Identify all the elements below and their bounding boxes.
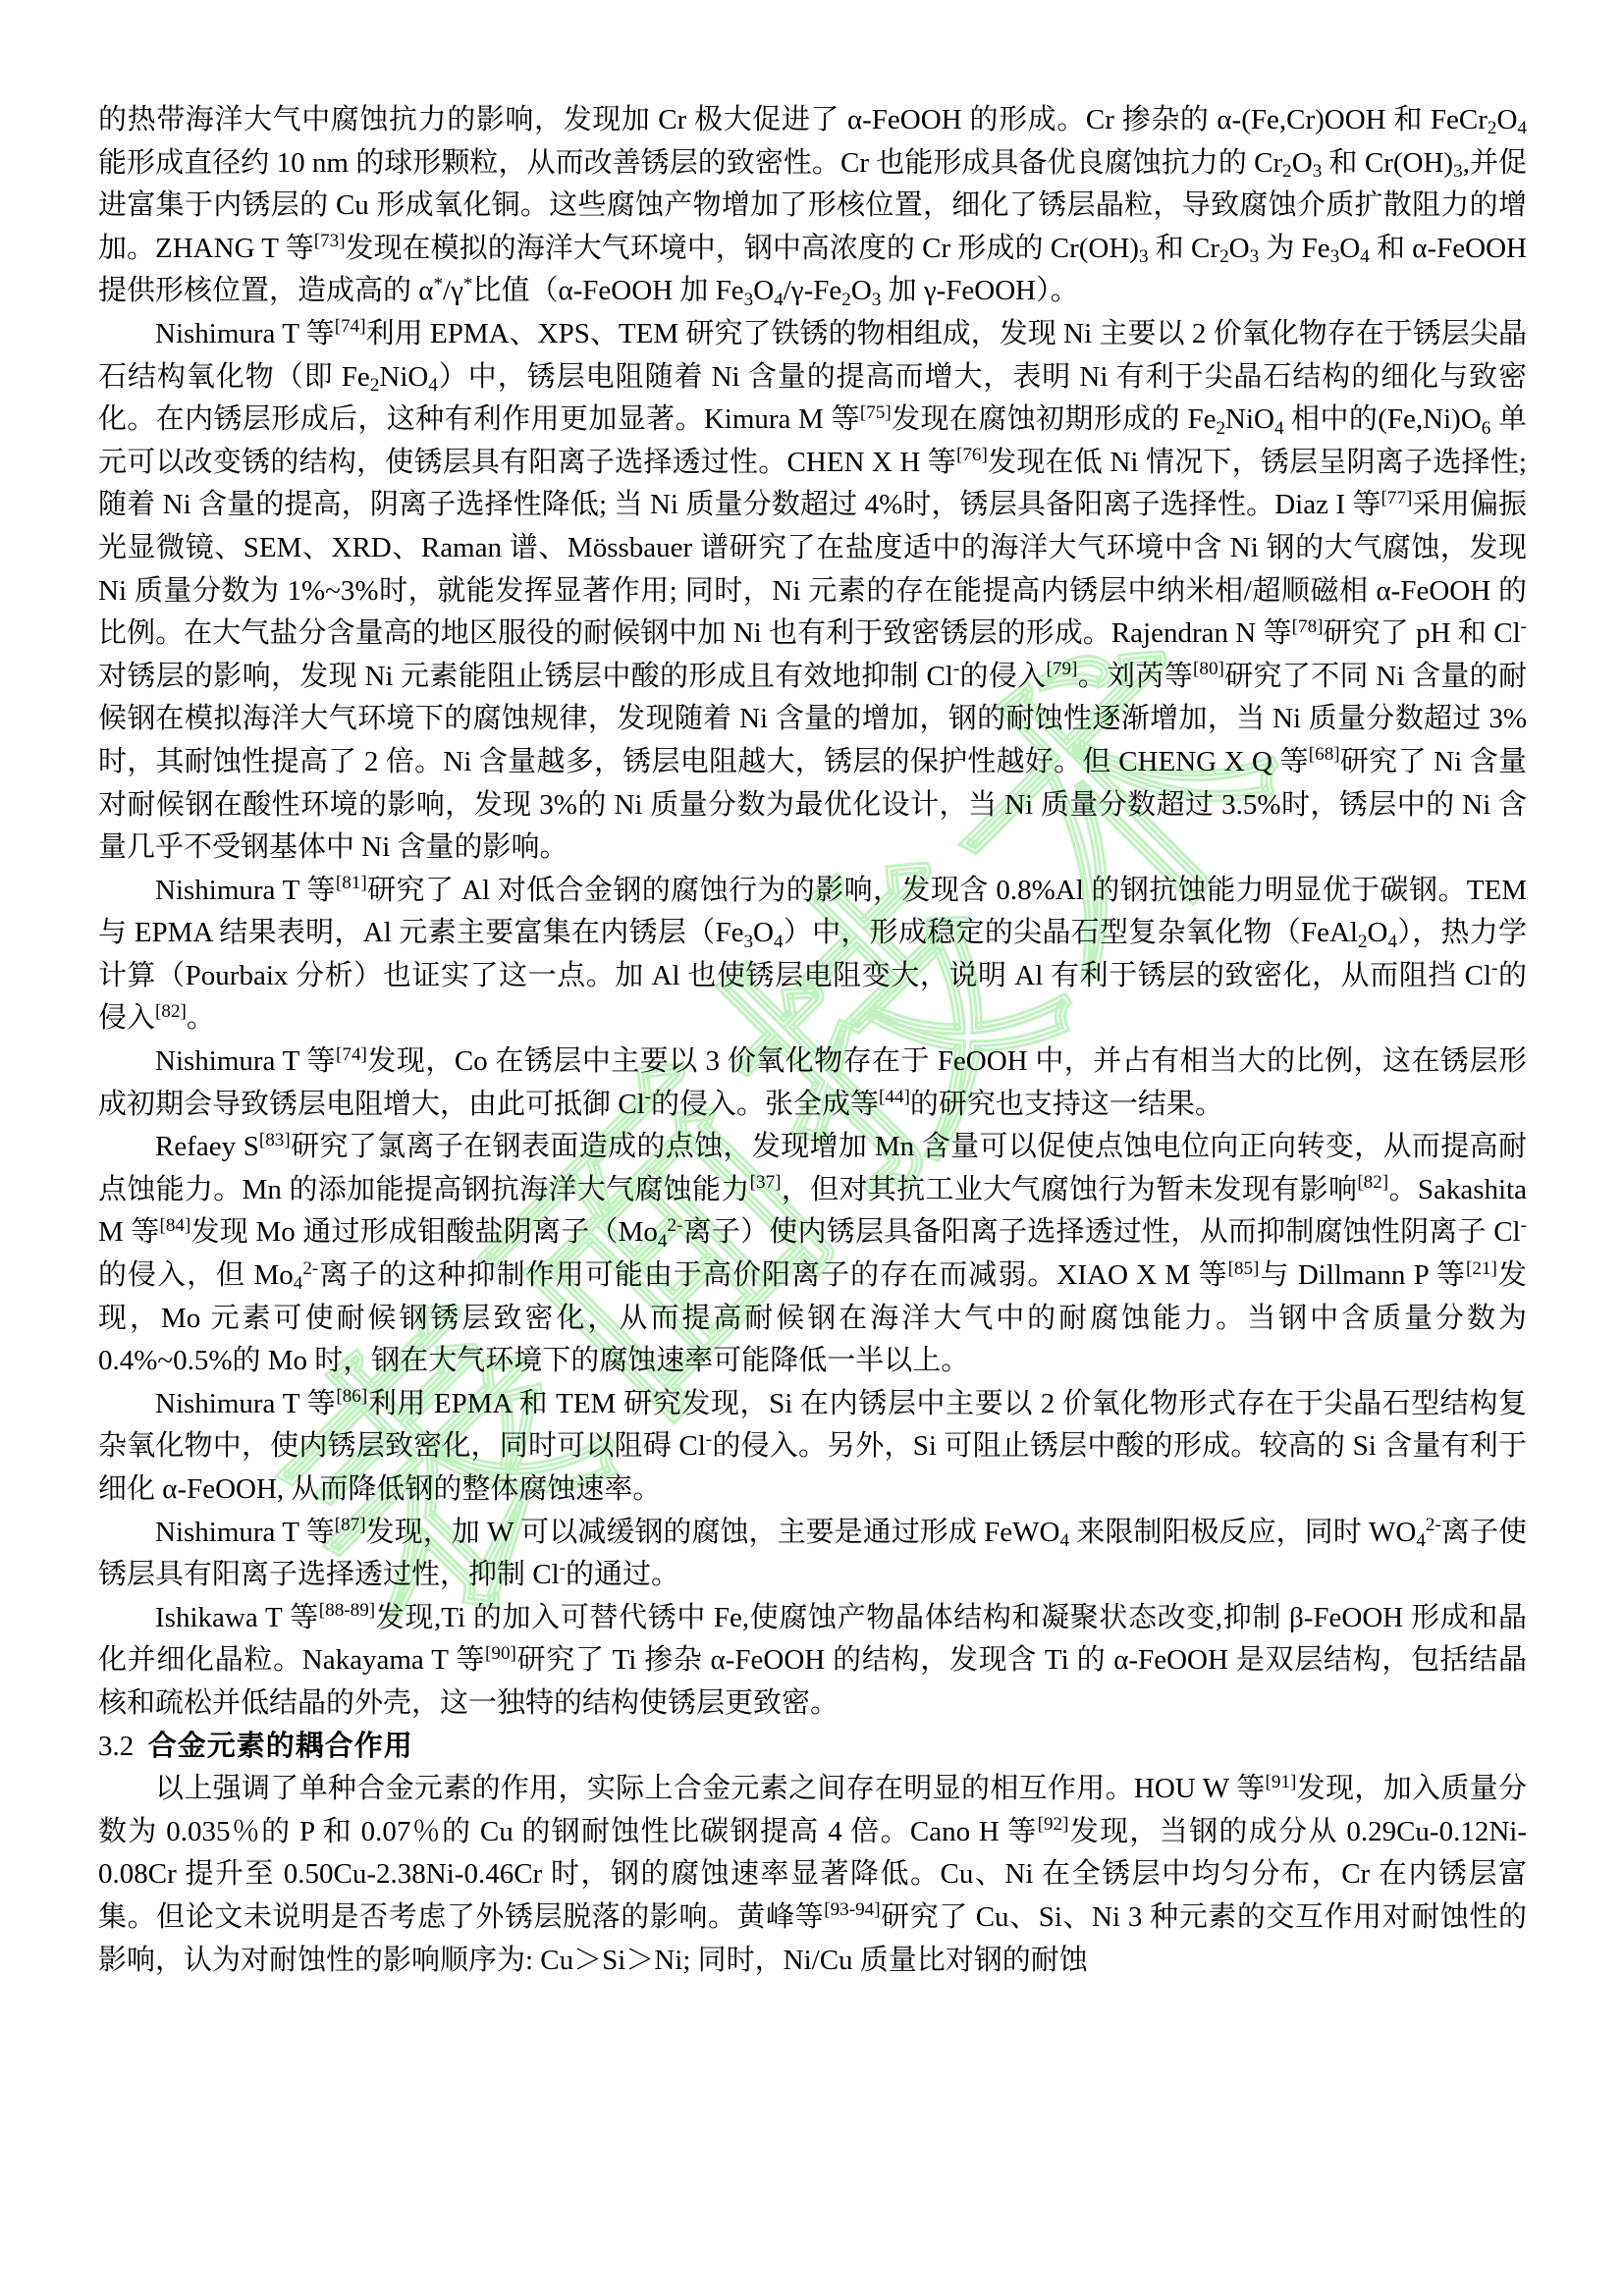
paragraph: Nishimura T 等[81]研究了 Al 对低合金钢的腐蚀行为的影响，发现… [98, 870, 1527, 1041]
paragraph: Nishimura T 等[74]利用 EPMA、XPS、TEM 研究了铁锈的物… [98, 313, 1527, 870]
paragraph: 的热带海洋大气中腐蚀抗力的影响，发现加 Cr 极大促进了 α-FeOOH 的形成… [98, 99, 1527, 313]
paragraph: Ishikawa T 等[88-89]发现,Ti 的加入可替代锈中 Fe,使腐蚀… [98, 1597, 1527, 1726]
paragraph: Nishimura T 等[87]发现，加 W 可以减缓钢的腐蚀，主要是通过形成… [98, 1512, 1527, 1597]
paragraph: Nishimura T 等[86]利用 EPMA 和 TEM 研究发现，Si 在… [98, 1383, 1527, 1512]
paragraph: Refaey S[83]研究了氯离子在钢表面造成的点蚀，发现增加 Mn 含量可以… [98, 1126, 1527, 1383]
document-page: 表面技术 的热带海洋大气中腐蚀抗力的影响，发现加 Cr 极大促进了 α-FeOO… [0, 0, 1624, 2296]
paragraph: Nishimura T 等[74]发现，Co 在锈层中主要以 3 价氧化物存在于… [98, 1041, 1527, 1126]
document-body: 的热带海洋大气中腐蚀抗力的影响，发现加 Cr 极大促进了 α-FeOOH 的形成… [98, 99, 1527, 1982]
paragraph: 以上强调了单种合金元素的作用，实际上合金元素之间存在明显的相互作用。HOU W … [98, 1768, 1527, 1982]
section-heading: 3.2 合金元素的耦合作用 [98, 1726, 1527, 1769]
